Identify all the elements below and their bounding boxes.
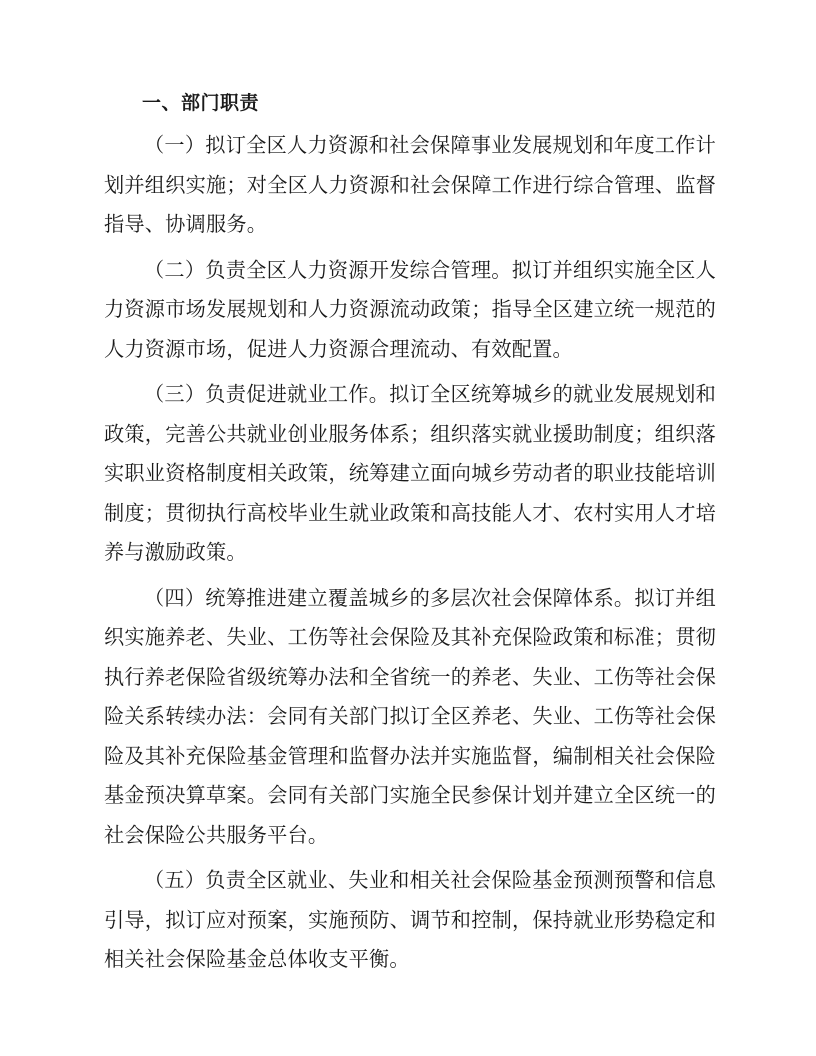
duty-paragraph-5: （五）负责全区就业、失业和相关社会保险基金预测预警和信息引导，拟订应对预案，实施…	[104, 861, 716, 980]
duty-paragraph-2: （二）负责全区人力资源开发综合管理。拟订并组织实施全区人力资源市场发展规划和人力…	[104, 251, 716, 370]
section-title: 一、部门职责	[104, 86, 716, 120]
document-page: 一、部门职责 （一）拟订全区人力资源和社会保障事业发展规划和年度工作计划并组织实…	[104, 86, 716, 986]
duty-paragraph-1: （一）拟订全区人力资源和社会保障事业发展规划和年度工作计划并组织实施；对全区人力…	[104, 126, 716, 245]
duty-paragraph-4: （四）统筹推进建立覆盖城乡的多层次社会保障体系。拟订并组织实施养老、失业、工伤等…	[104, 579, 716, 856]
duty-paragraph-3: （三）负责促进就业工作。拟订全区统筹城乡的就业发展规划和政策，完善公共就业创业服…	[104, 375, 716, 573]
